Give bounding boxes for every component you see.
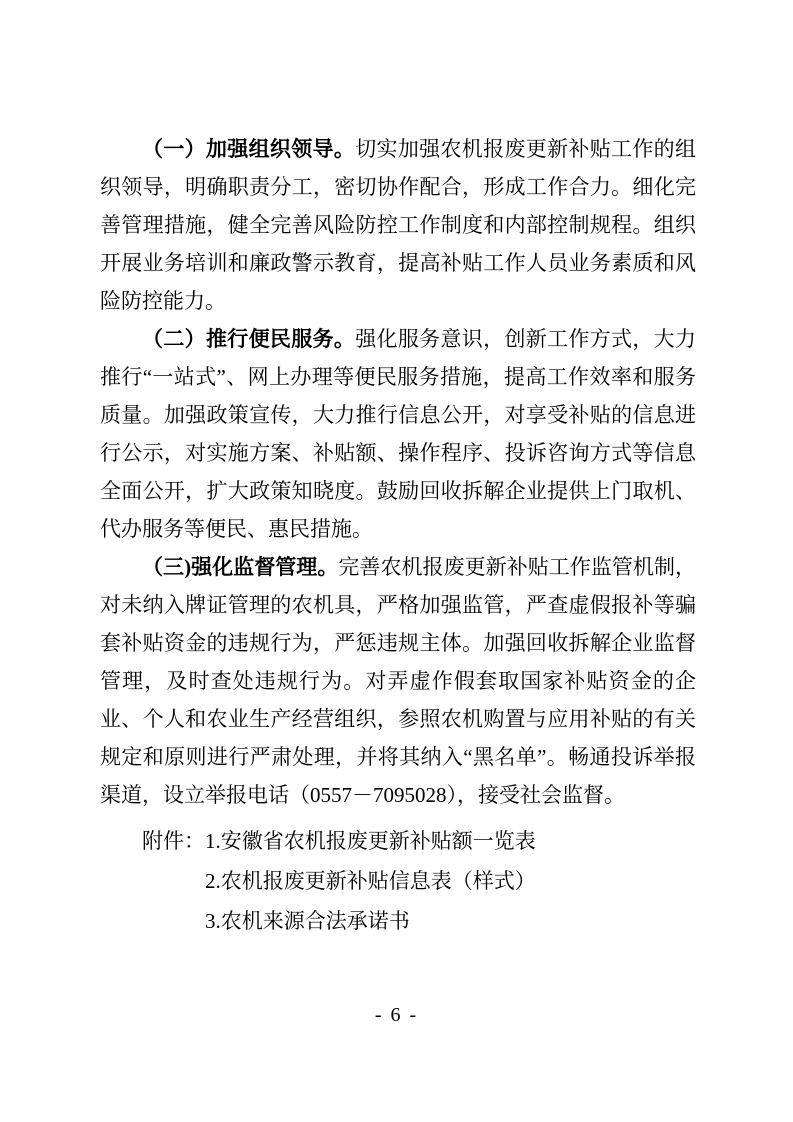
attachments-label: 附件： [142, 821, 205, 941]
attachments-block: 附件： 1.安徽省农机报废更新补贴额一览表 2.农机报废更新补贴信息表（样式） … [100, 821, 696, 941]
paragraph-3-body: 完善农机报废更新补贴工作监管机制，对未纳入牌证管理的农机具，严格加强监管，严查虚… [100, 555, 696, 807]
attachment-item-2: 2.农机报废更新补贴信息表（样式） [205, 861, 696, 901]
paragraph-1-heading: （一）加强组织领导。 [142, 137, 355, 161]
paragraph-2-body: 强化服务意识，创新工作方式，大力推行“一站式”、网上办理等便民服务措施，提高工作… [100, 327, 696, 541]
paragraph-3-heading: （三)强化监督管理。 [142, 555, 338, 579]
document-page: （一）加强组织领导。切实加强农机报废更新补贴工作的组织领导，明确职责分工，密切协… [0, 0, 793, 1122]
attachment-item-3: 3.农机来源合法承诺书 [205, 901, 696, 941]
attachment-item-1: 1.安徽省农机报废更新补贴额一览表 [205, 821, 696, 861]
document-body: （一）加强组织领导。切实加强农机报废更新补贴工作的组织领导，明确职责分工，密切协… [100, 130, 696, 941]
page-number: - 6 - [0, 1000, 793, 1030]
paragraph-2: （二）推行便民服务。强化服务意识，创新工作方式，大力推行“一站式”、网上办理等便… [100, 320, 696, 548]
paragraph-1-body: 切实加强农机报废更新补贴工作的组织领导，明确职责分工，密切协作配合，形成工作合力… [100, 137, 696, 313]
paragraph-3: （三)强化监督管理。完善农机报废更新补贴工作监管机制，对未纳入牌证管理的农机具，… [100, 548, 696, 814]
attachments-list: 1.安徽省农机报废更新补贴额一览表 2.农机报废更新补贴信息表（样式） 3.农机… [205, 821, 696, 941]
paragraph-1: （一）加强组织领导。切实加强农机报废更新补贴工作的组织领导，明确职责分工，密切协… [100, 130, 696, 320]
paragraph-2-heading: （二）推行便民服务。 [142, 327, 355, 351]
